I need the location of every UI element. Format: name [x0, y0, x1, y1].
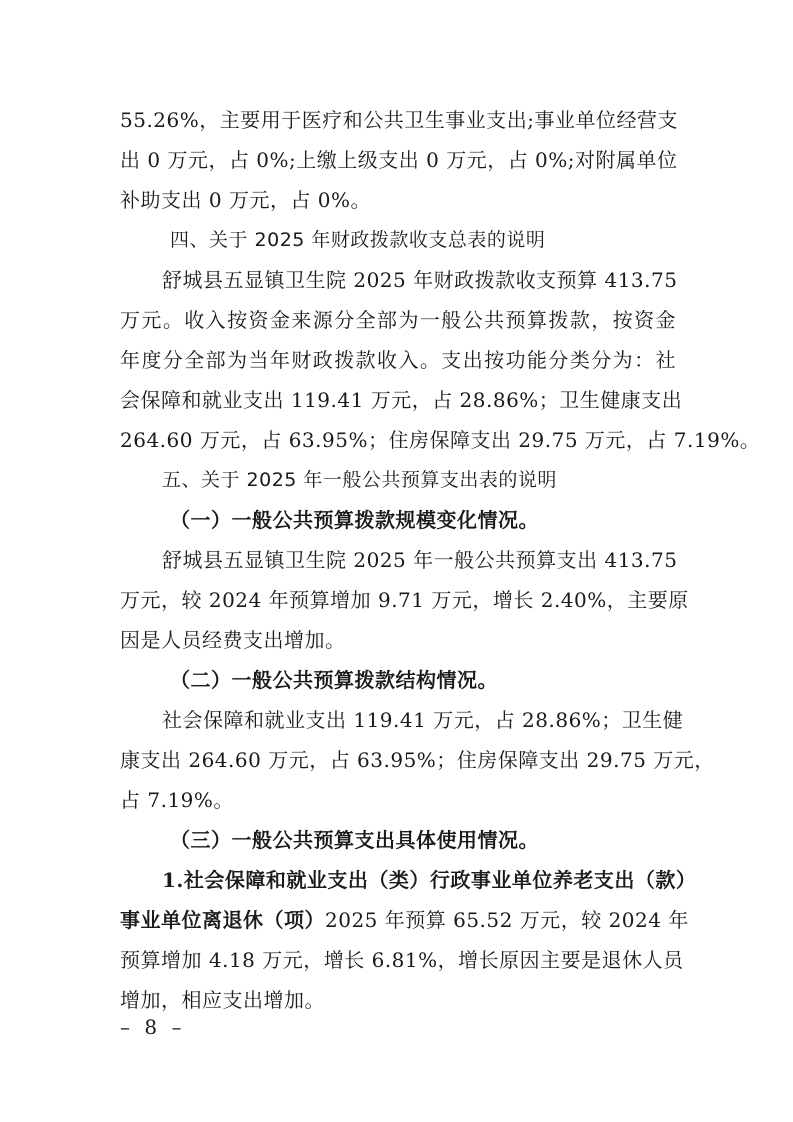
paragraph-line: 补助支出 0 万元，占 0%。: [120, 180, 676, 220]
paragraph-line: 会保障和就业支出 119.41 万元，占 28.86%；卫生健康支出: [120, 380, 676, 420]
paragraph-line: 出 0 万元，占 0%;上缴上级支出 0 万元，占 0%;对附属单位: [120, 140, 676, 180]
item-heading-continuation: 事业单位离退休（项）: [120, 908, 325, 932]
paragraph-line: 55.26%，主要用于医疗和公共卫生事业支出;事业单位经营支: [120, 100, 676, 140]
paragraph-line: 年度分全部为当年财政拨款收入。支出按功能分类分为：社: [120, 340, 676, 380]
document-page: 55.26%，主要用于医疗和公共卫生事业支出;事业单位经营支 出 0 万元，占 …: [120, 100, 676, 1020]
paragraph-line: 万元，较 2024 年预算增加 9.71 万元，增长 2.40%，主要原: [120, 580, 676, 620]
item-text: 2025 年预算 65.52 万元，较 2024 年: [325, 908, 689, 932]
paragraph-line: 264.60 万元，占 63.95%；住房保障支出 29.75 万元，占 7.1…: [120, 420, 676, 460]
paragraph-line: 万元。收入按资金来源分全部为一般公共预算拨款，按资金: [120, 300, 676, 340]
section-heading-4: 四、关于 2025 年财政拨款收支总表的说明: [120, 220, 676, 260]
paragraph-line: 舒城县五显镇卫生院 2025 年一般公共预算支出 413.75: [120, 540, 676, 580]
paragraph-line: 预算增加 4.18 万元，增长 6.81%，增长原因主要是退休人员: [120, 940, 676, 980]
paragraph-line: 康支出 264.60 万元，占 63.95%；住房保障支出 29.75 万元，: [120, 740, 676, 780]
paragraph-line: 增加，相应支出增加。: [120, 980, 676, 1020]
paragraph-line: 因是人员经费支出增加。: [120, 620, 676, 660]
subsection-heading-1: （一）一般公共预算拨款规模变化情况。: [120, 500, 676, 540]
page-number: – 8 –: [120, 1015, 185, 1039]
paragraph-line: 舒城县五显镇卫生院 2025 年财政拨款收支预算 413.75: [120, 260, 676, 300]
section-heading-5: 五、关于 2025 年一般公共预算支出表的说明: [120, 460, 676, 500]
paragraph-line: 社会保障和就业支出 119.41 万元，占 28.86%；卫生健: [120, 700, 676, 740]
subsection-heading-3: （三）一般公共预算支出具体使用情况。: [120, 820, 676, 860]
paragraph-line: 占 7.19%。: [120, 780, 676, 820]
subsection-heading-2: （二）一般公共预算拨款结构情况。: [120, 660, 676, 700]
item-heading-line: 1.社会保障和就业支出（类）行政事业单位养老支出（款）: [120, 860, 676, 900]
paragraph-line: 事业单位离退休（项）2025 年预算 65.52 万元，较 2024 年: [120, 900, 676, 940]
